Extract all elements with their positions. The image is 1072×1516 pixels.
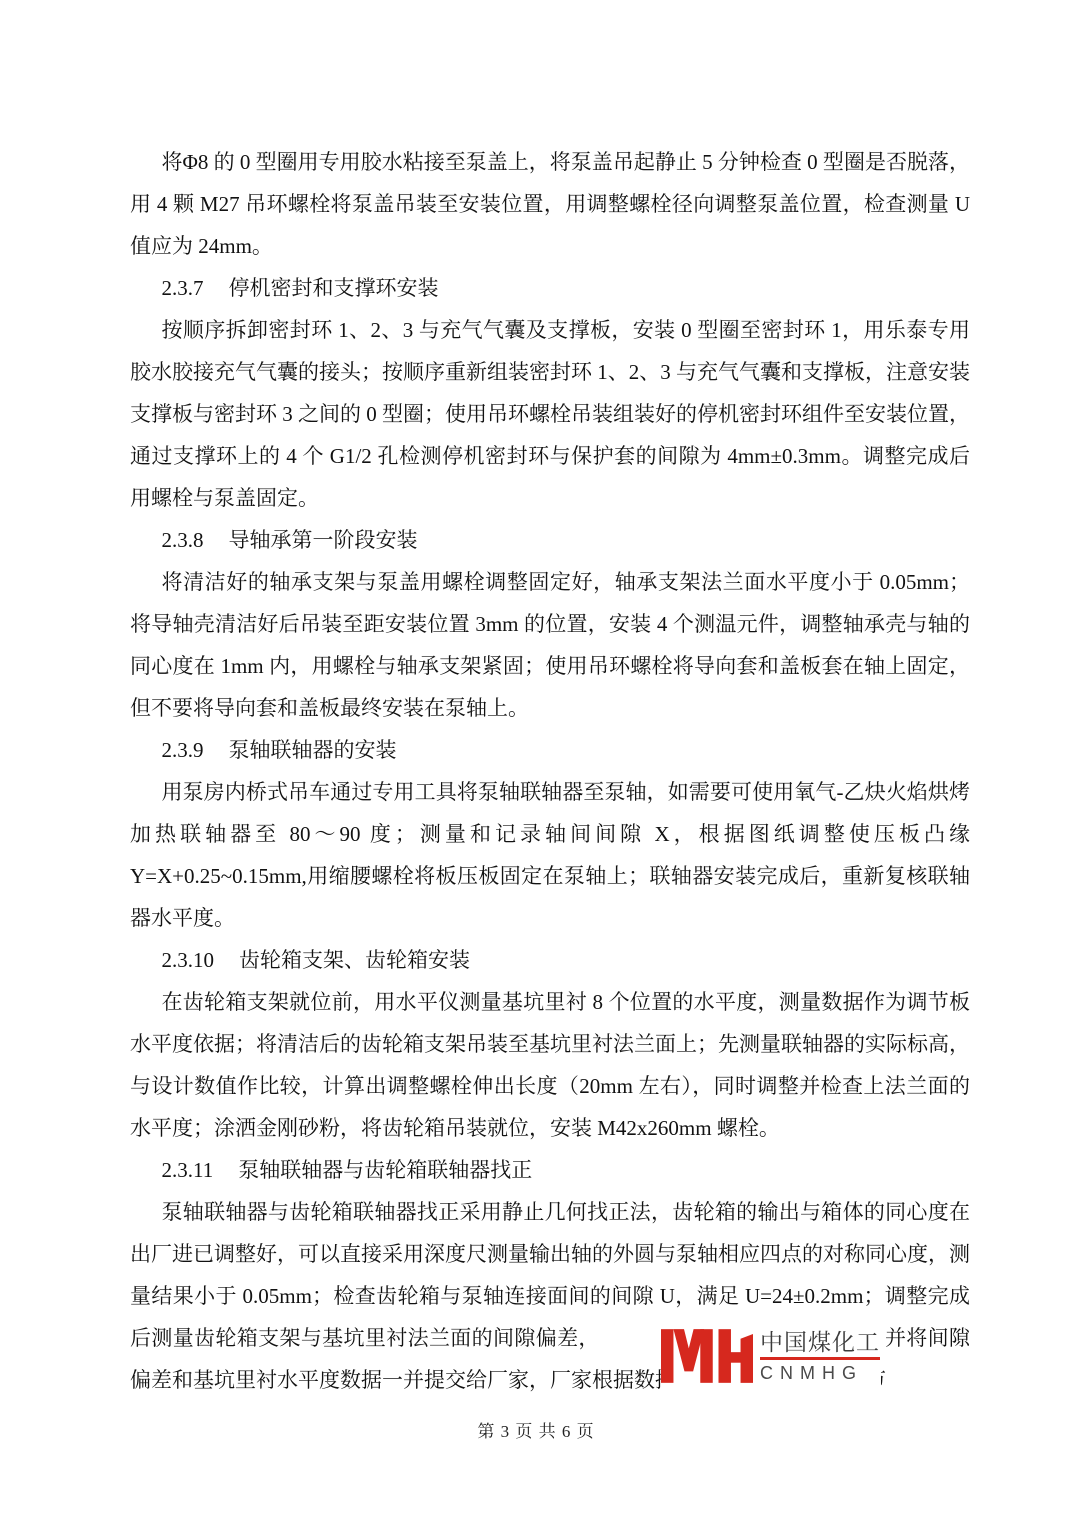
section-title: 齿轮箱支架、齿轮箱安装 <box>239 948 470 972</box>
section-title: 停机密封和支撑环安装 <box>229 276 439 300</box>
paragraph: 用泵房内桥式吊车通过专用工具将泵轴联轴器至泵轴，如需要可使用氧气-乙炔火焰烘烤加… <box>130 771 970 939</box>
section-number: 2.3.11 <box>162 1158 214 1182</box>
watermark-text: 中国煤化工 CNMHG <box>760 1329 880 1384</box>
paragraph: 将清洁好的轴承支架与泵盖用螺栓调整固定好，轴承支架法兰面水平度小于 0.05mm… <box>130 561 970 729</box>
section-number: 2.3.10 <box>162 948 215 972</box>
section-heading-2-3-8: 2.3.8导轴承第一阶段安装 <box>130 519 970 561</box>
watermark-en-name: CNMHG <box>760 1362 880 1384</box>
paragraph: 将Φ8 的 0 型圈用专用胶水粘接至泵盖上，将泵盖吊起静止 5 分钟检查 0 型… <box>130 141 970 267</box>
section-heading-2-3-10: 2.3.10齿轮箱支架、齿轮箱安装 <box>130 939 970 981</box>
section-heading-2-3-7: 2.3.7停机密封和支撑环安装 <box>130 267 970 309</box>
section-heading-2-3-11: 2.3.11泵轴联轴器与齿轮箱联轴器找正 <box>130 1149 970 1191</box>
document-body: 将Φ8 的 0 型圈用专用胶水粘接至泵盖上，将泵盖吊起静止 5 分钟检查 0 型… <box>130 141 970 1401</box>
cnmhg-monogram-icon <box>661 1326 753 1386</box>
section-heading-2-3-9: 2.3.9泵轴联轴器的安装 <box>130 729 970 771</box>
section-number: 2.3.8 <box>162 528 204 552</box>
paragraph: 在齿轮箱支架就位前，用水平仪测量基坑里衬 8 个位置的水平度，测量数据作为调节板… <box>130 981 970 1149</box>
section-title: 泵轴联轴器与齿轮箱联轴器找正 <box>238 1158 532 1182</box>
page-footer: 第 3 页 共 6 页 <box>0 1421 1072 1443</box>
watermark-cn-name: 中国煤化工 <box>760 1329 880 1360</box>
section-number: 2.3.9 <box>162 738 204 762</box>
document-page: 将Φ8 的 0 型圈用专用胶水粘接至泵盖上，将泵盖吊起静止 5 分钟检查 0 型… <box>0 0 1072 1516</box>
section-number: 2.3.7 <box>162 276 204 300</box>
paragraph: 按顺序拆卸密封环 1、2、3 与充气气囊及支撑板，安装 0 型圈至密封环 1，用… <box>130 309 970 519</box>
watermark-stamp: 中国煤化工 CNMHG <box>661 1322 881 1390</box>
section-title: 导轴承第一阶段安装 <box>229 528 418 552</box>
section-title: 泵轴联轴器的安装 <box>229 738 397 762</box>
